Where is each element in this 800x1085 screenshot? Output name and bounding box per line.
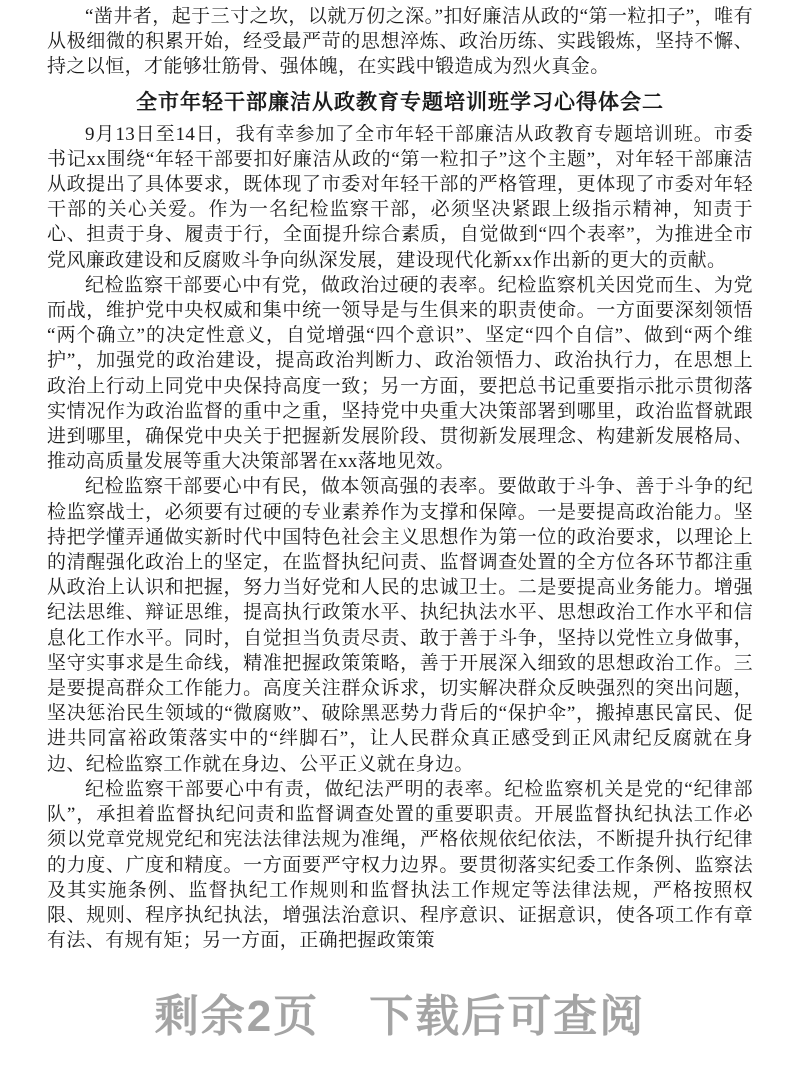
remaining-pages-label: 剩余2页 bbox=[155, 980, 319, 1044]
document-title: 全市年轻干部廉洁从政教育专题培训班学习心得体会二 bbox=[47, 87, 753, 117]
paragraph-intro: 9月13日至14日，我有幸参加了全市年轻干部廉洁从政教育专题培训班。市委书记xx… bbox=[47, 122, 753, 273]
paragraph-previous-section-tail: “凿井者，起于三寸之坎，以就万仞之深。”扣好廉洁从政的“第一粒扣子”，唯有从极细… bbox=[47, 4, 753, 80]
download-notice: 剩余2页 下载后可查阅 bbox=[0, 980, 800, 1044]
document-page: “凿井者，起于三寸之坎，以就万仞之深。”扣好廉洁从政的“第一粒扣子”，唯有从极细… bbox=[0, 0, 800, 1085]
paragraph-political-example: 纪检监察干部要心中有党，做政治过硬的表率。纪检监察机关因党而生、为党而战，维护党… bbox=[47, 273, 753, 475]
paragraph-capability-example: 纪检监察干部要心中有民，做本领高强的表率。要做敢于斗争、善于斗争的纪检监察战士，… bbox=[47, 474, 753, 776]
document-preview-page: { "document": { "previous_section_tail":… bbox=[0, 0, 800, 1085]
download-hint-label: 下载后可查阅 bbox=[369, 980, 645, 1044]
paragraph-discipline-example: 纪检监察干部要心中有责，做纪法严明的表率。纪检监察机关是党的“纪律部队”，承担着… bbox=[47, 777, 753, 953]
